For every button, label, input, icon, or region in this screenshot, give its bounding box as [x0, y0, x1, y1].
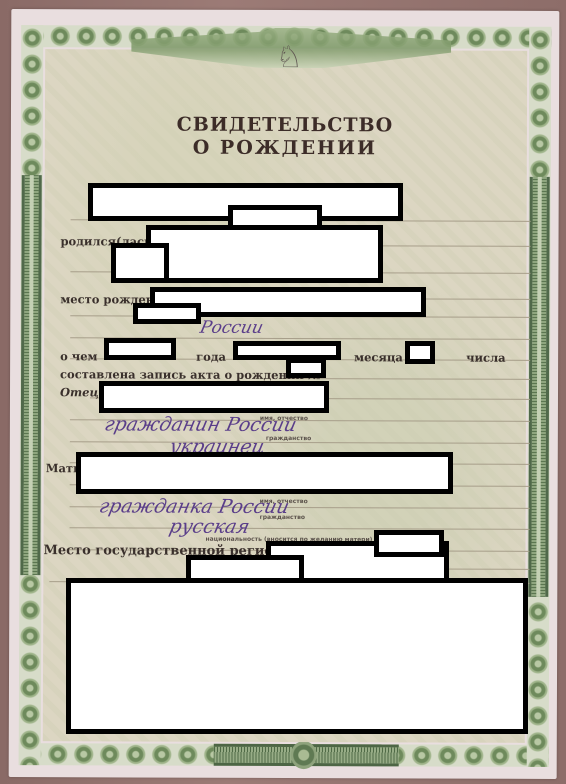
about-which-label: о чем	[60, 349, 97, 363]
right-stripe	[528, 177, 549, 597]
left-stripe	[20, 175, 41, 575]
year-label: года	[196, 350, 226, 364]
month-label: месяца	[354, 350, 403, 364]
document-title-line1: СВИДЕТЕЛЬСТВО	[11, 113, 559, 137]
redaction-record-date	[104, 338, 176, 360]
double-headed-eagle-icon: ♘	[273, 32, 305, 82]
redaction-birthdate-day	[111, 243, 169, 283]
redaction-record-number	[286, 358, 326, 378]
father-label: Отец	[60, 385, 99, 399]
redaction-birthplace-region	[133, 303, 201, 324]
record-number-label: составлена запись акта о рождении №	[60, 367, 320, 382]
redaction-registration-office	[374, 530, 444, 557]
redaction-mother-name	[76, 452, 453, 494]
mother-citizenship-handwritten: гражданка России	[97, 495, 291, 518]
document-title-line2: О РОЖДЕНИИ	[11, 136, 559, 160]
mother-nationality-handwritten: русская	[167, 516, 251, 538]
bottom-medallion-icon	[291, 741, 317, 769]
redaction-signature-block	[66, 578, 528, 734]
father-citizenship-handwritten: гражданин России	[103, 413, 299, 436]
redaction-father-name	[99, 381, 329, 413]
redaction-record-month	[405, 341, 435, 364]
birthplace-country-handwritten: России	[198, 318, 265, 338]
day-label: числа	[466, 351, 506, 365]
redaction-birthdate	[146, 225, 383, 283]
